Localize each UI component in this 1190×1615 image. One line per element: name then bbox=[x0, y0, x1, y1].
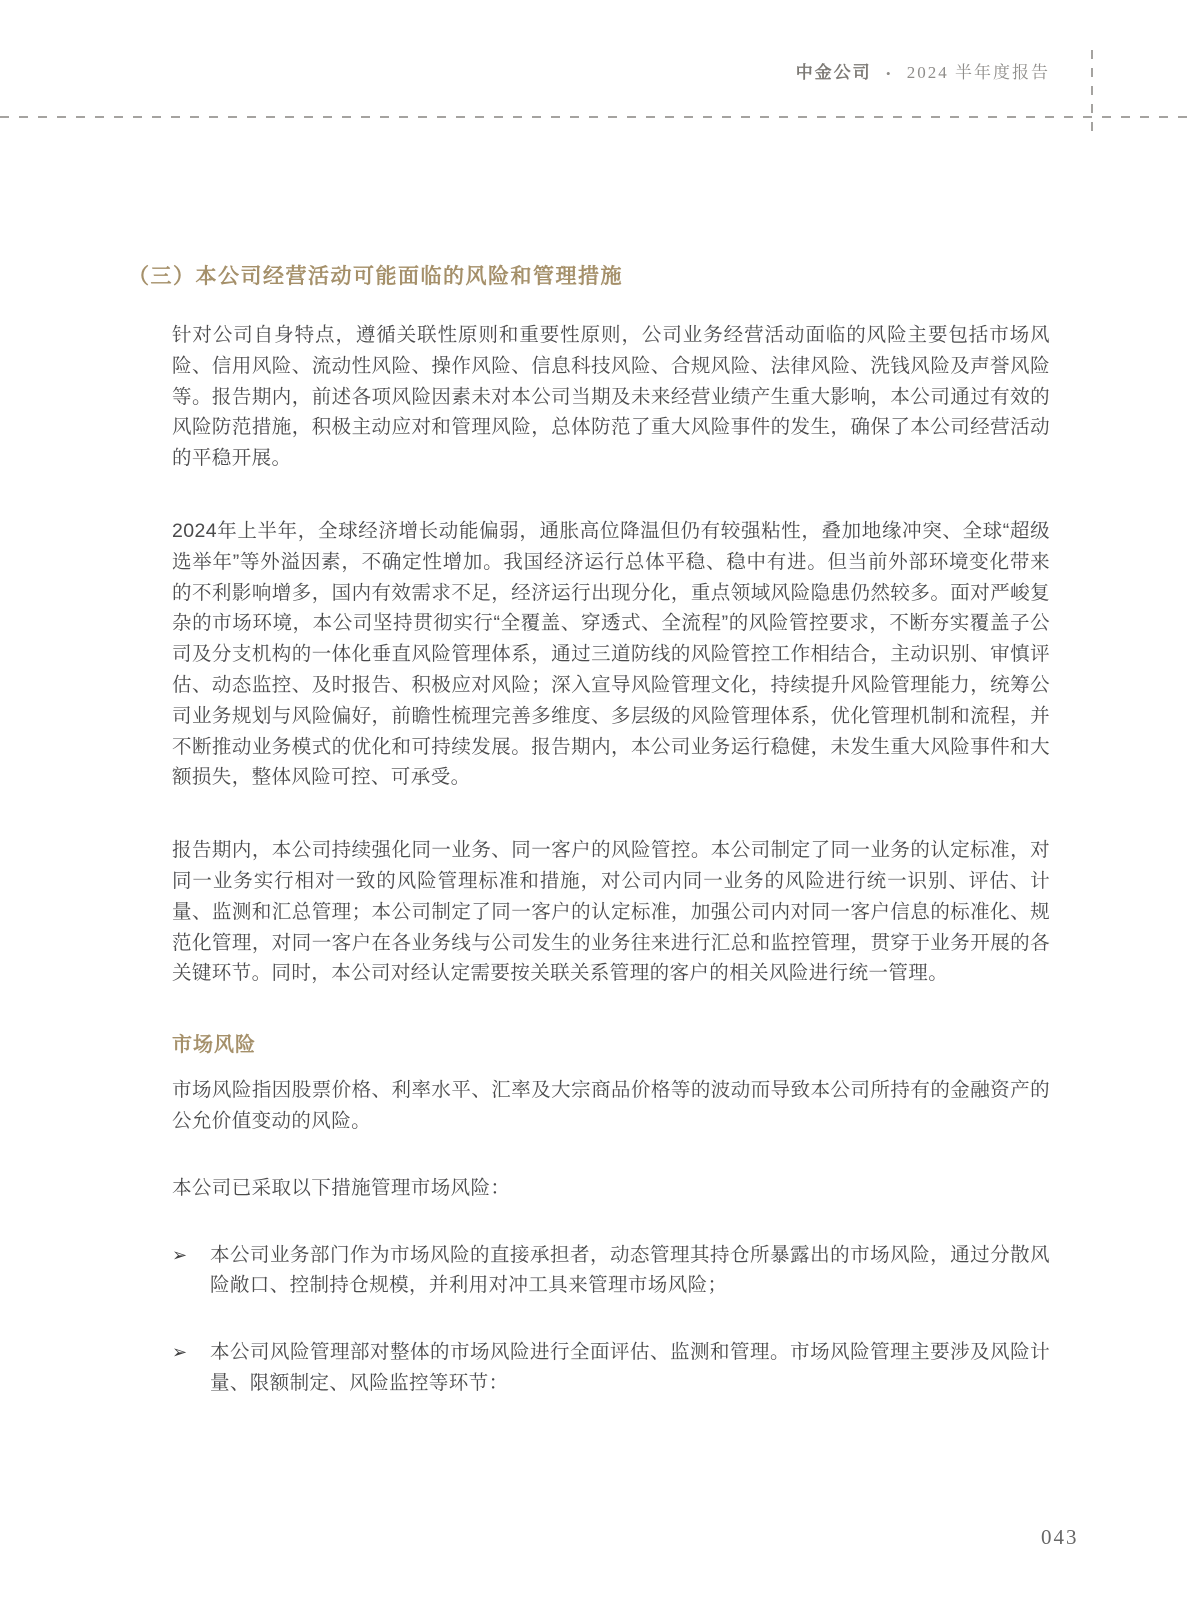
bullet-text: 本公司业务部门作为市场风险的直接承担者，动态管理其持仓所暴露出的市场风险，通过分… bbox=[210, 1240, 1050, 1302]
report-title: 2024 半年度报告 bbox=[907, 63, 1050, 82]
arrowhead-bullet-icon: ➢ bbox=[172, 1240, 210, 1302]
arrowhead-bullet-icon: ➢ bbox=[172, 1337, 210, 1399]
bullet-item-risk-management-dept: ➢ 本公司风险管理部对整体的市场风险进行全面评估、监测和管理。市场风险管理主要涉… bbox=[172, 1337, 1050, 1399]
header-dot-separator: • bbox=[886, 66, 893, 81]
paragraph-measures-lead: 本公司已采取以下措施管理市场风险： bbox=[172, 1173, 1050, 1204]
report-header: 中金公司 • 2024 半年度报告 bbox=[796, 58, 1050, 83]
page-number: 043 bbox=[1041, 1525, 1079, 1550]
subsection-title-market-risk: 市场风险 bbox=[172, 1031, 1050, 1059]
bullet-text: 本公司风险管理部对整体的市场风险进行全面评估、监测和管理。市场风险管理主要涉及风… bbox=[210, 1337, 1050, 1399]
paragraph-macro-environment: 2024年上半年，全球经济增长动能偏弱，通胀高位降温但仍有较强粘性，叠加地缘冲突… bbox=[172, 516, 1050, 793]
paragraph-risk-overview: 针对公司自身特点，遵循关联性原则和重要性原则，公司业务经营活动面临的风险主要包括… bbox=[172, 320, 1050, 474]
body-block: 针对公司自身特点，遵循关联性原则和重要性原则，公司业务经营活动面临的风险主要包括… bbox=[172, 320, 1050, 1399]
bullet-item-business-departments: ➢ 本公司业务部门作为市场风险的直接承担者，动态管理其持仓所暴露出的市场风险，通… bbox=[172, 1240, 1050, 1302]
company-name: 中金公司 bbox=[796, 63, 872, 82]
page-content: （三）本公司经营活动可能面临的风险和管理措施 针对公司自身特点，遵循关联性原则和… bbox=[128, 262, 1050, 1435]
horizontal-dashed-rule bbox=[0, 116, 1190, 118]
paragraph-same-business-client: 报告期内，本公司持续强化同一业务、同一客户的风险管控。本公司制定了同一业务的认定… bbox=[172, 835, 1050, 989]
vertical-dashed-rule bbox=[1091, 50, 1093, 138]
section-heading: （三）本公司经营活动可能面临的风险和管理措施 bbox=[128, 262, 1050, 292]
paragraph-market-risk-definition: 市场风险指因股票价格、利率水平、汇率及大宗商品价格等的波动而导致本公司所持有的金… bbox=[172, 1075, 1050, 1137]
